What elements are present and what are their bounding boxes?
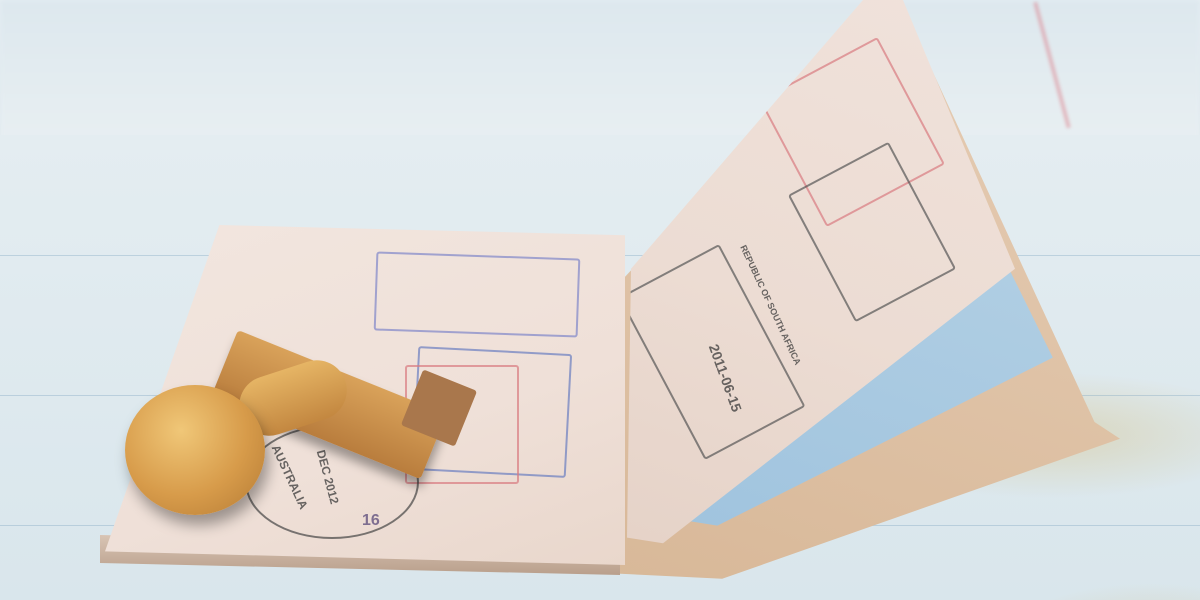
stamp-blue-rect xyxy=(374,251,581,337)
stamp-text-number: 16 xyxy=(362,512,380,530)
rubber-stamp-handle xyxy=(125,385,265,515)
photo-scene: AUSTRALIA DEC 2012 16 2011-06-15 REPUBLI… xyxy=(0,0,1200,600)
background-wall xyxy=(0,0,1200,140)
